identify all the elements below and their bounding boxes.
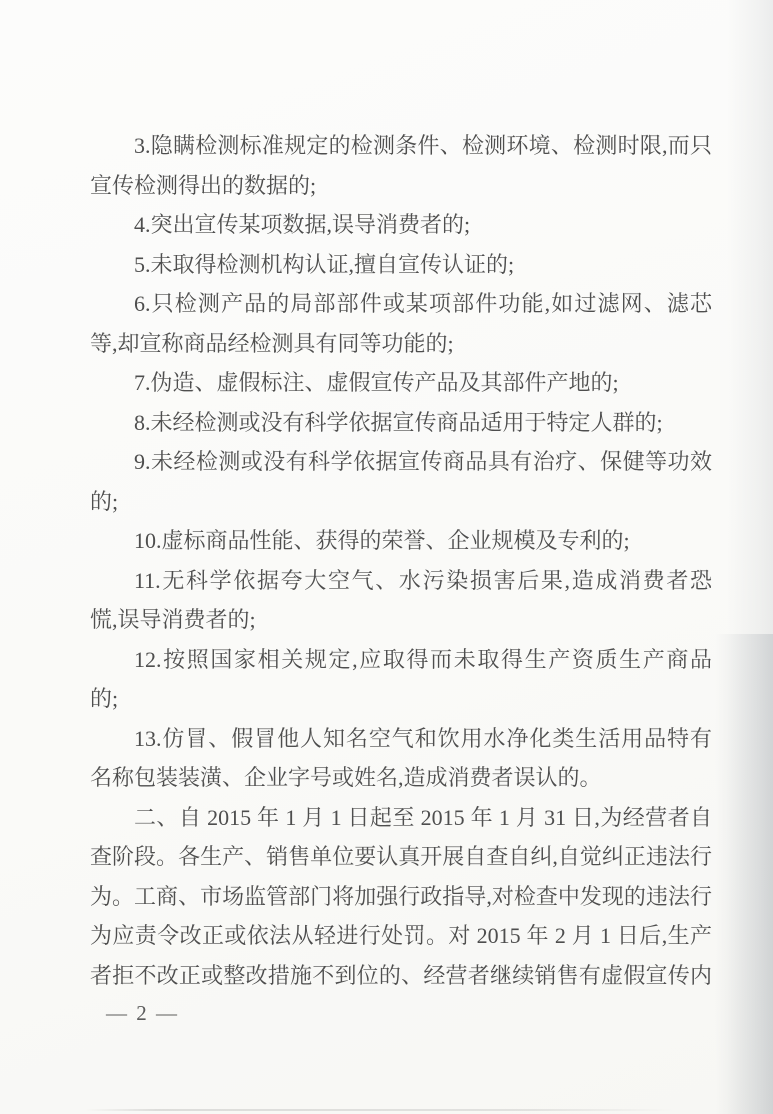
document-line: 8.未经检测或没有科学依据宣传商品适用于特定人群的;	[90, 403, 712, 443]
document-line: 3.隐瞒检测标准规定的检测条件、检测环境、检测时限,而只	[90, 126, 712, 166]
scan-bottom-edge-line	[85, 1109, 675, 1111]
page-number: — 2 —	[106, 999, 179, 1027]
document-line: 4.突出宣传某项数据,误导消费者的;	[90, 205, 712, 245]
document-line: 为。工商、市场监管部门将加强行政指导,对检查中发现的违法行	[90, 877, 712, 917]
document-line: 的;	[90, 482, 712, 522]
document-line: 查阶段。各生产、销售单位要认真开展自查自纠,自觉纠正违法行	[90, 837, 712, 877]
document-line: 12.按照国家相关规定,应取得而未取得生产资质生产商品	[90, 640, 712, 680]
document-line: 为应责令改正或依法从轻进行处罚。对 2015 年 2 月 1 日后,生产	[90, 916, 712, 956]
document-line: 13.仿冒、假冒他人知名空气和饮用水净化类生活用品特有	[90, 719, 712, 759]
document-line: 10.虚标商品性能、获得的荣誉、企业规模及专利的;	[90, 521, 712, 561]
scanned-document-page: 3.隐瞒检测标准规定的检测条件、检测环境、检测时限,而只 宣传检测得出的数据的;…	[0, 0, 773, 1114]
document-line: 者拒不改正或整改措施不到位的、经营者继续销售有虚假宣传内	[90, 956, 712, 996]
document-line: 9.未经检测或没有科学依据宣传商品具有治疗、保健等功效	[90, 442, 712, 482]
document-line: 等,却宣称商品经检测具有同等功能的;	[90, 324, 712, 364]
document-line: 宣传检测得出的数据的;	[90, 166, 712, 206]
document-line: 5.未取得检测机构认证,擅自宣传认证的;	[90, 245, 712, 285]
document-body-text: 3.隐瞒检测标准规定的检测条件、检测环境、检测时限,而只 宣传检测得出的数据的;…	[90, 126, 712, 995]
document-line: 6.只检测产品的局部部件或某项部件功能,如过滤网、滤芯	[90, 284, 712, 324]
document-line: 二、自 2015 年 1 月 1 日起至 2015 年 1 月 31 日,为经营…	[90, 798, 712, 838]
document-line: 11.无科学依据夸大空气、水污染损害后果,造成消费者恐	[90, 561, 712, 601]
document-line: 的;	[90, 679, 712, 719]
document-line: 7.伪造、虚假标注、虚假宣传产品及其部件产地的;	[90, 363, 712, 403]
document-line: 慌,误导消费者的;	[90, 600, 712, 640]
document-line: 名称包装装潢、企业字号或姓名,造成消费者误认的。	[90, 758, 712, 798]
scan-edge-shadow-bottom-right	[715, 634, 773, 1114]
